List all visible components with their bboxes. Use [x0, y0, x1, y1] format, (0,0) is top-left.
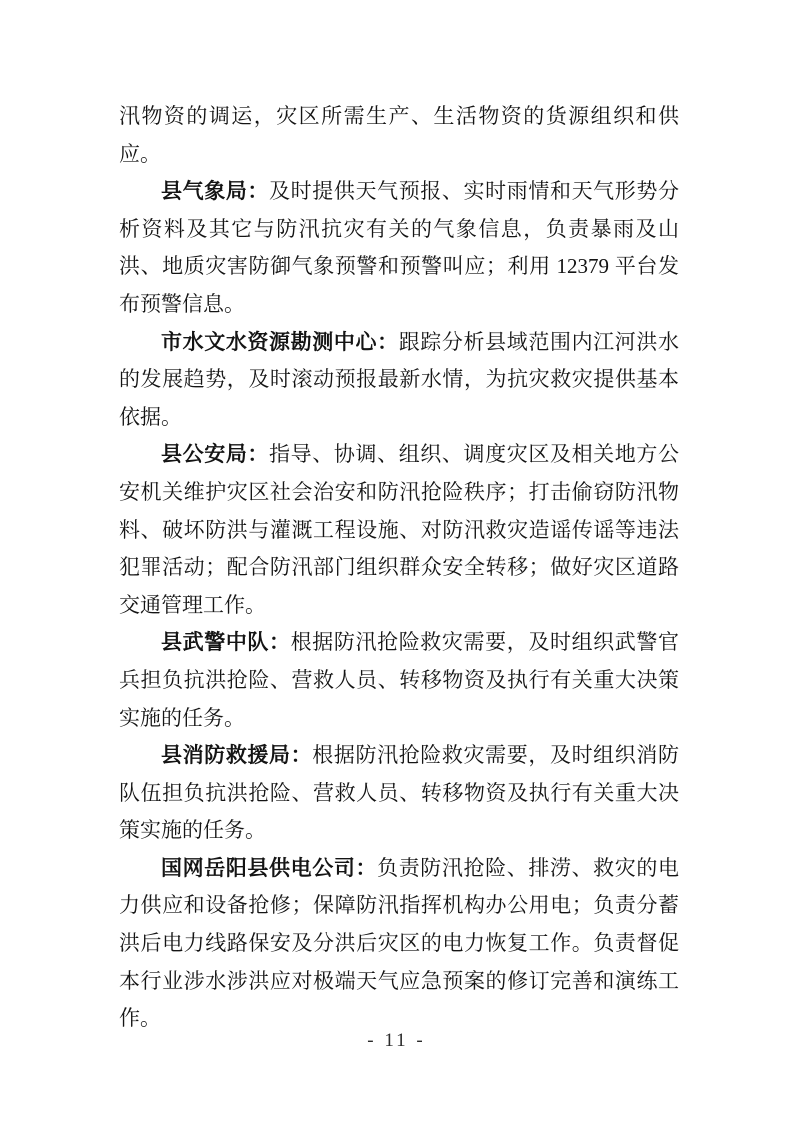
- paragraph: 市水文水资源勘测中心：跟踪分析县域范围内江河洪水的发展趋势，及时滚动预报最新水情…: [119, 324, 679, 437]
- paragraph-lead: 县武警中队：: [161, 630, 291, 654]
- document-page: 汛物资的调运，灾区所需生产、生活物资的货源组织和供应。 县气象局：及时提供天气预…: [0, 0, 793, 1122]
- paragraph-text: 汛物资的调运，灾区所需生产、生活物资的货源组织和供应。: [119, 104, 679, 166]
- paragraph-text: 负责防汛抢险、排涝、救灾的电力供应和设备抢修；保障防汛指挥机构办公用电；负责分蓄…: [119, 856, 679, 1030]
- paragraph: 县消防救援局：根据防汛抢险救灾需要，及时组织消防队伍担负抗洪抢险、营救人员、转移…: [119, 737, 679, 850]
- paragraph-text: 指导、协调、组织、调度灾区及相关地方公安机关维护灾区社会治安和防汛抢险秩序；打击…: [119, 442, 679, 616]
- paragraph-lead: 县消防救援局：: [161, 743, 312, 767]
- page-number: - 11 -: [367, 1030, 425, 1051]
- paragraph: 县武警中队：根据防汛抢险救灾需要，及时组织武警官兵担负抗洪抢险、营救人员、转移物…: [119, 624, 679, 737]
- page-footer: - 11 -: [0, 1030, 793, 1052]
- paragraph: 汛物资的调运，灾区所需生产、生活物资的货源组织和供应。: [119, 98, 679, 173]
- paragraph-lead: 县公安局：: [161, 442, 269, 466]
- paragraph-lead: 国网岳阳县供电公司：: [161, 856, 377, 880]
- paragraph: 县公安局：指导、协调、组织、调度灾区及相关地方公安机关维护灾区社会治安和防汛抢险…: [119, 436, 679, 624]
- paragraph-lead: 县气象局：: [161, 179, 269, 203]
- paragraph: 国网岳阳县供电公司：负责防汛抢险、排涝、救灾的电力供应和设备抢修；保障防汛指挥机…: [119, 850, 679, 1038]
- paragraph-lead: 市水文水资源勘测中心：: [161, 330, 399, 354]
- document-body: 汛物资的调运，灾区所需生产、生活物资的货源组织和供应。 县气象局：及时提供天气预…: [119, 98, 679, 1038]
- paragraph: 县气象局：及时提供天气预报、实时雨情和天气形势分析资料及其它与防汛抗灾有关的气象…: [119, 173, 679, 323]
